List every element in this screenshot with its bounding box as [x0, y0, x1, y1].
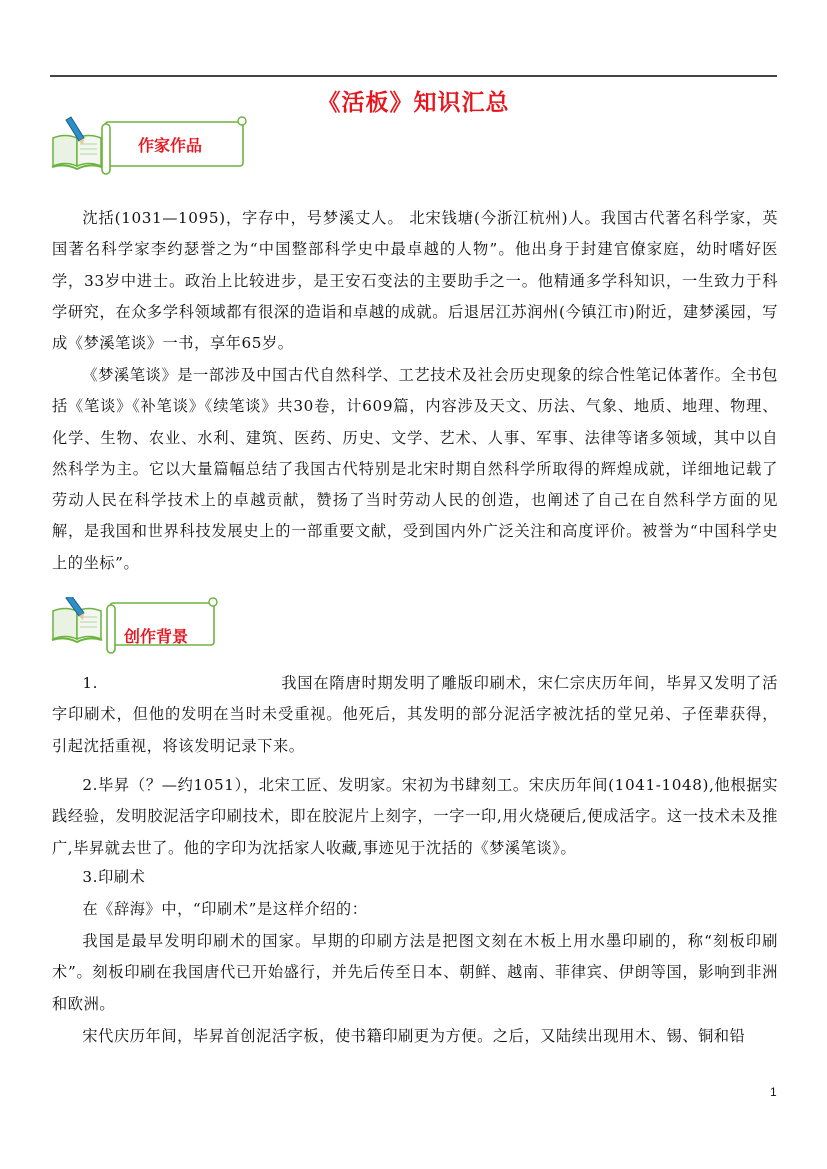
- page-title: 《活板》知识汇总: [0, 84, 827, 117]
- item-3-heading: 3.印刷术: [52, 862, 778, 893]
- header-rule: [50, 75, 777, 77]
- item-3-intro: 在《辞海》中，“印刷术”是这样介绍的：: [52, 894, 778, 925]
- item-text: 我国在隋唐时期发明了雕版印刷术，宋仁宗庆历年间，毕昇又发明了活字印刷术，但他的发…: [52, 674, 778, 755]
- paragraph-mengxi-bitan: 《梦溪笔谈》是一部涉及中国古代自然科学、工艺技术及社会历史现象的综合性笔记体著作…: [52, 360, 778, 579]
- page-number: 1: [770, 1085, 777, 1099]
- section-header-author-works: 作家作品: [50, 114, 250, 176]
- paragraph-item-1: 1.我国在隋唐时期发明了雕版印刷术，宋仁宗庆历年间，毕昇又发明了活字印刷术，但他…: [52, 668, 778, 762]
- paragraph-author-bio: 沈括(1031—1095)，字存中，号梦溪丈人。 北宋钱塘(今浙江杭州)人。我国…: [52, 203, 778, 359]
- item-number: 1.: [82, 674, 98, 692]
- section-title: 创作背景: [124, 624, 188, 647]
- item-3-paragraph-1: 我国是最早发明印刷术的国家。早期的印刷方法是把图文刻在木板上用水墨印刷的，称“刻…: [52, 926, 778, 1020]
- paragraph-item-2: 2.毕昇（？—约1051），北宋工匠、发明家。宋初为书肆刻工。宋庆历年间(104…: [52, 770, 778, 864]
- item-3-paragraph-2: 宋代庆历年间，毕昇首创泥活字板，使书籍印刷更为方便。之后，又陆续出现用木、锡、铜…: [52, 1021, 778, 1052]
- section-header-background: 创作背景: [50, 597, 250, 659]
- section-title: 作家作品: [138, 133, 202, 156]
